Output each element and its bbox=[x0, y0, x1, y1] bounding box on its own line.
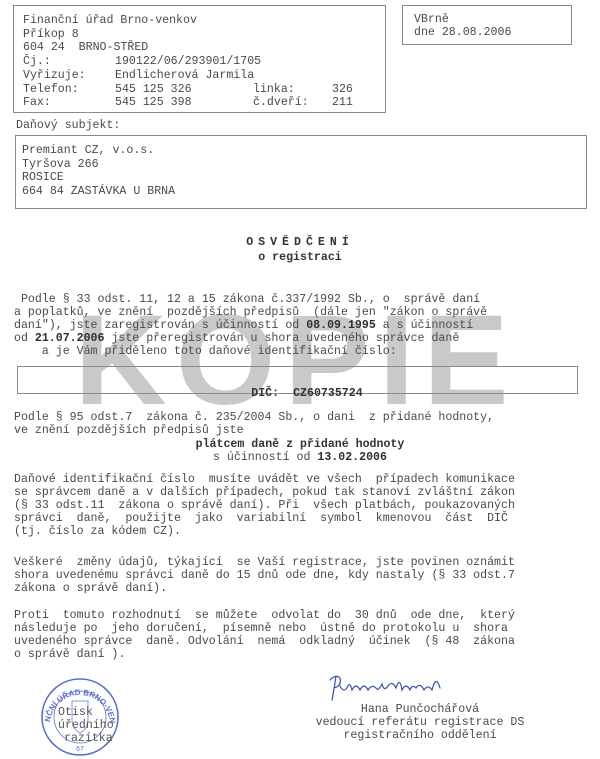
stamp-placeholder-text: Otisk úředního razítka bbox=[58, 706, 114, 745]
reference-number: 190122/06/293901/1705 bbox=[115, 55, 261, 69]
signatory-department: registračního oddělení bbox=[270, 729, 570, 742]
phone-extension: 326 bbox=[332, 83, 353, 97]
registration-paragraph: Podle § 33 odst. 11, 12 a 15 zákona č.33… bbox=[14, 293, 487, 358]
vat-effective: s účinností od 13.02.2006 bbox=[0, 451, 600, 464]
vat-effective-date: 13.02.2006 bbox=[317, 451, 387, 464]
document-title: OSVĚDČENÍ bbox=[0, 236, 600, 249]
tax-id-usage-paragraph: Daňové identifikační číslo musíte uvádět… bbox=[14, 473, 515, 538]
vat-status: plátcem daně z přidané hodnoty bbox=[0, 438, 600, 451]
handler-row: Vyřizuje: Endlicherová Jarmila bbox=[23, 69, 385, 83]
subject-company: Premiant CZ, v.o.s. bbox=[22, 144, 586, 158]
tax-id-value: CZ60735724 bbox=[293, 387, 363, 400]
subject-postal: 664 84 ZASTÁVKA U BRNA bbox=[22, 185, 586, 199]
tax-id-label: DIČ: bbox=[251, 387, 279, 400]
office-name: Finanční úřad Brno-venkov bbox=[23, 14, 385, 28]
place-date-box: VBrně dne 28.08.2006 bbox=[402, 5, 572, 45]
document-subtitle: o registraci bbox=[0, 251, 600, 264]
phone-number: 545 125 326 bbox=[115, 83, 253, 97]
registration-date: 08.09.1995 bbox=[306, 319, 376, 332]
signatory: Hana Punčochářová vedoucí referátu regis… bbox=[270, 703, 570, 742]
subject-town: ROSICE bbox=[22, 171, 586, 185]
fax-number: 545 125 398 bbox=[115, 96, 253, 110]
reregistration-date: 21.07.2006 bbox=[35, 332, 105, 345]
tax-subject-box: Premiant CZ, v.o.s. Tyršova 266 ROSICE 6… bbox=[15, 135, 587, 209]
vat-paragraph: Podle § 95 odst.7 zákona č. 235/2004 Sb.… bbox=[14, 411, 494, 437]
fax-row: Fax: 545 125 398 č.dveří: 211 bbox=[23, 96, 385, 110]
office-address-box: Finanční úřad Brno-venkov Příkop 8 604 2… bbox=[13, 5, 386, 113]
svg-text:67: 67 bbox=[76, 746, 84, 753]
handwritten-signature-icon bbox=[326, 672, 458, 702]
issue-date: dne 28.08.2006 bbox=[414, 26, 571, 39]
reference-number-row: Čj.: 190122/06/293901/1705 bbox=[23, 55, 385, 69]
tax-id: DIČ:CZ60735724 bbox=[0, 374, 600, 400]
handler-name: Endlicherová Jarmila bbox=[115, 69, 254, 83]
signatory-role: vedoucí referátu registrace DS bbox=[270, 716, 570, 729]
place: VBrně bbox=[414, 13, 571, 26]
phone-row: Telefon: 545 125 326 linka: 326 bbox=[23, 83, 385, 97]
office-street: Příkop 8 bbox=[23, 28, 385, 42]
subject-street: Tyršova 266 bbox=[22, 158, 586, 172]
office-city: 604 24 BRNO-STŘED bbox=[23, 41, 385, 55]
tax-subject-label: Daňový subjekt: bbox=[16, 119, 120, 132]
door-number: 211 bbox=[332, 96, 353, 110]
signatory-name: Hana Punčochářová bbox=[270, 703, 570, 716]
appeal-paragraph: Proti tomuto rozhodnutí se můžete odvola… bbox=[14, 609, 515, 661]
changes-paragraph: Veškeré změny údajů, týkající se Vaší re… bbox=[14, 556, 515, 595]
